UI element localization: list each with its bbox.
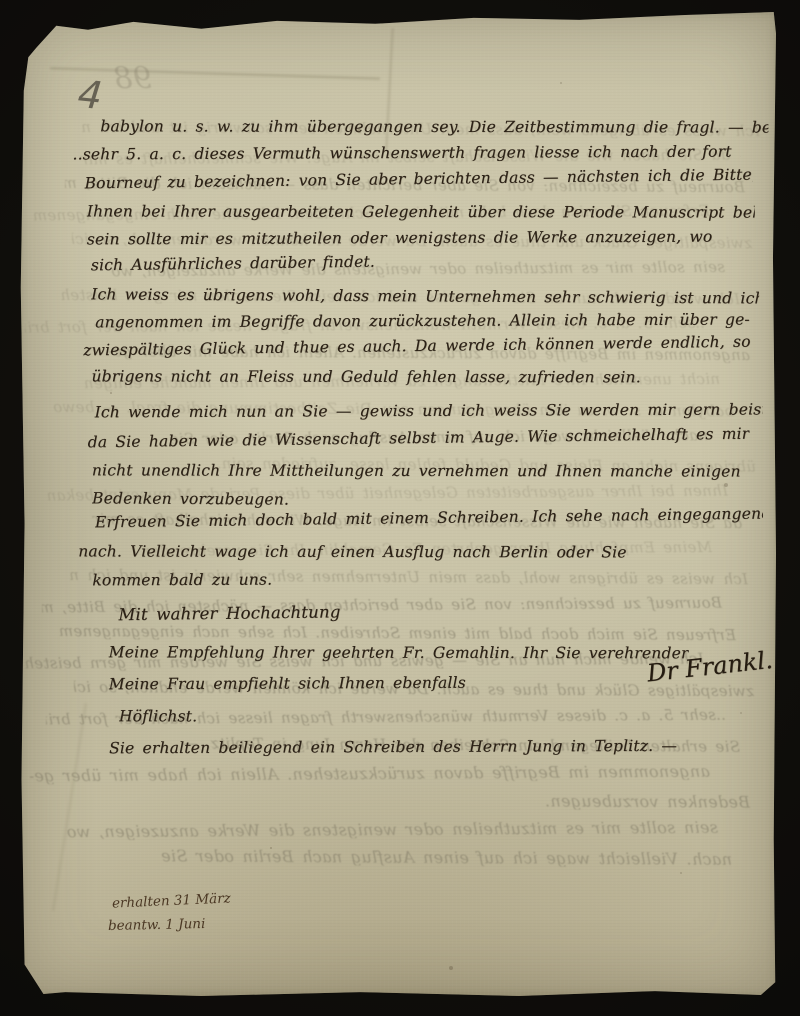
pencil-page-number: 4: [76, 75, 104, 115]
handwriting-line: nicht unendlich Ihre Mittheilungen zu ve…: [92, 463, 741, 480]
scanned-letter-page: 98 Ich weiss es übrigens wohl, dass mein…: [0, 0, 800, 1016]
handwriting-line: Ich weiss es übrigens wohl, dass mein Un…: [91, 287, 759, 307]
closing-line: Meine Frau empfiehlt sich Ihnen ebenfall…: [109, 676, 466, 693]
handwriting-line: Bedenken vorzubeugen.: [92, 491, 289, 508]
handwriting-line: Ich wende mich nun an Sie — gewiss und i…: [95, 402, 763, 420]
handwriting-line: nach. Vielleicht wage ich auf einen Ausf…: [78, 544, 626, 560]
postscript-line: Sie erhalten beiliegend ein Schreiben de…: [109, 739, 677, 757]
handwriting-line: angenommen im Begriffe davon zurückzuste…: [95, 312, 750, 330]
handwriting-line: Bourneuf zu bezeichnen: von Sie aber ber…: [84, 168, 752, 192]
handwriting-line: zwiespältiges Glück und thue es auch. Da…: [83, 335, 751, 359]
handwriting-line: kommen bald zu uns.: [92, 573, 272, 589]
closing-line: Meine Empfehlung Ihrer geehrten Fr. Gema…: [109, 645, 689, 662]
postscript-line: Höflichst.: [119, 709, 197, 725]
handwriting-line: babylon u. s. w. zu ihm übergegangen sey…: [100, 119, 768, 136]
handwriting-line: ..sehr 5. a. c. dieses Vermuth wünschens…: [72, 145, 740, 163]
closing-salutation: Mit wahrer Hochachtung: [118, 604, 340, 623]
handwriting-line: Ihnen bei Ihrer ausgearbeiteten Gelegenh…: [87, 204, 755, 221]
handwriting-line: Erfreuen Sie mich doch bald mit einem Sc…: [95, 507, 763, 531]
handwriting-line: da Sie haben wie die Wissenschaft selbst…: [88, 427, 750, 451]
handwriting-line: sein sollte mir es mitzutheilen oder wen…: [87, 230, 713, 248]
handwriting-line: sich Ausführliches darüber findet.: [91, 255, 375, 274]
archival-note-answered: beantw. 1 Juni: [108, 918, 206, 934]
handwriting-line: übrigens nicht an Fleiss und Geduld fehl…: [91, 369, 640, 385]
handwriting-layer: babylon u. s. w. zu ihm übergegangen sey…: [0, 0, 800, 1016]
